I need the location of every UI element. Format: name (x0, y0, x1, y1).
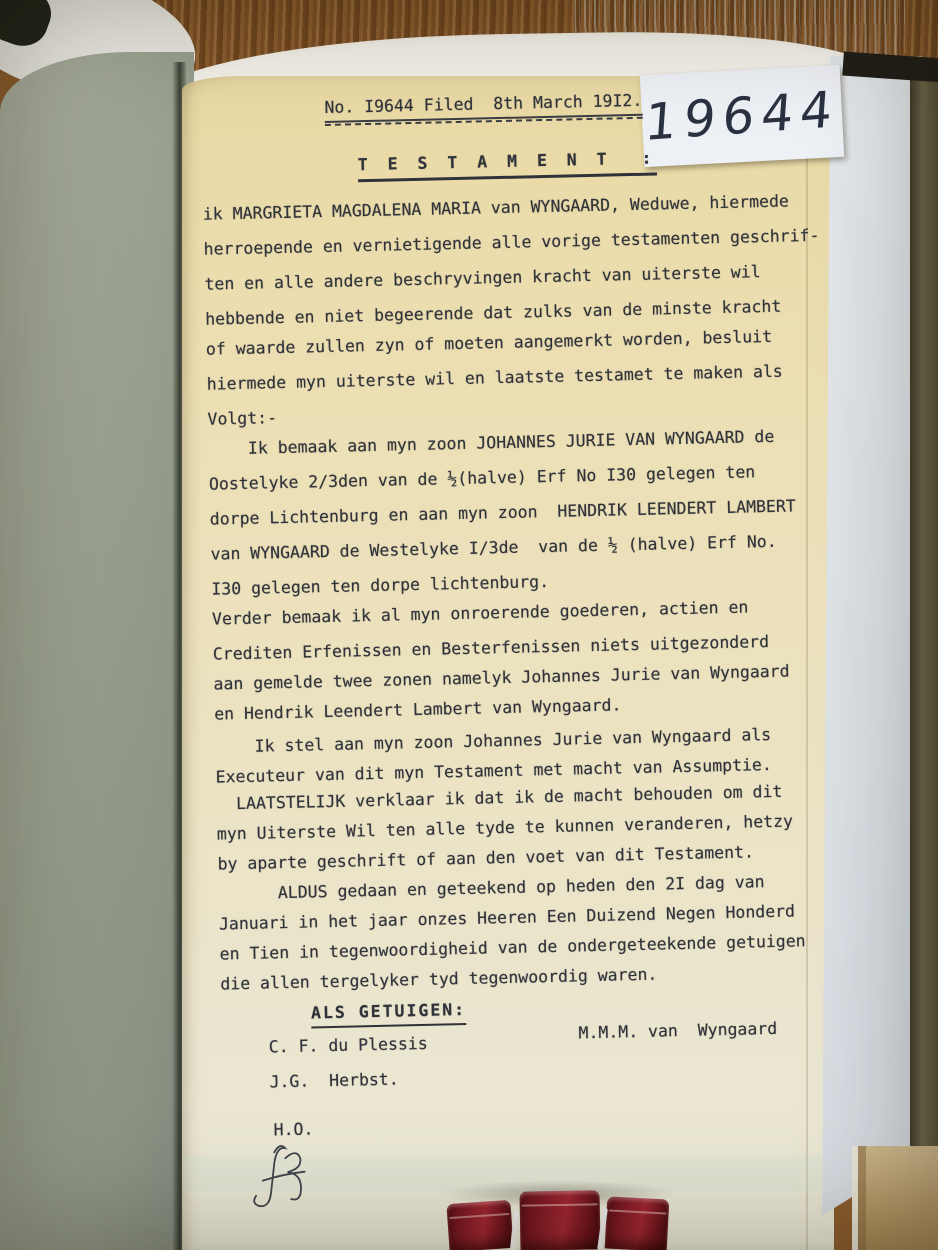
witness-heading: ALS GETUIGEN: (311, 999, 467, 1029)
testament-body-line: van WYNGAARD de Westelyke I/3de van de ½… (210, 531, 777, 566)
testament-body-line: herroepende en vernietigende alle vorige… (203, 225, 819, 261)
testament-body-line: Volgt:- (207, 407, 277, 431)
testament-body-line: I30 gelegen ten dorpe lichtenburg. (211, 571, 549, 601)
testament-body-line: en Hendrik Leendert Lambert van Wyngaard… (214, 694, 622, 725)
testament-body-line: ik MARGRIETA MAGDALENA MARIA van WYNGAAR… (203, 190, 789, 225)
testator-signature: M.M.M. van Wyngaard (578, 1018, 777, 1045)
testament-body-line: hebbende en niet begeerende dat zulks va… (205, 296, 782, 331)
document-title: T E S T A M E N T : (358, 147, 657, 182)
folder-cover (0, 52, 194, 1250)
testament-body-line: dorpe Lichtenburg en aan myn zoon HENDRI… (210, 495, 796, 530)
testament-body-line: Januari in het jaar onzes Heeren Een Dui… (219, 901, 796, 936)
handwritten-flourish-icon (244, 1137, 316, 1217)
filing-line: No. I9644 Filed 8th March 19I2. (324, 90, 642, 123)
witness-signature: J.G. Herbst. (269, 1069, 399, 1094)
binder-clip-right-arm (605, 1196, 670, 1250)
testament-body-line: of waarde zullen zyn of moeten aangemerk… (206, 326, 773, 361)
binder-clip-center-arm (519, 1190, 600, 1250)
testament-body-line: Ik stel aan myn zoon Johannes Jurie van … (215, 724, 772, 759)
testament-body-line: Ik bemaak aan myn zoon JOHANNES JURIE VA… (208, 426, 775, 461)
testament-body-line: hiermede myn uiterste wil en laatste tes… (206, 361, 783, 396)
testament-body-line: en Tien in tegenwoordigheid van de onder… (219, 930, 805, 965)
testament-body-line: by aparte geschrift of aan den voet van … (217, 841, 754, 875)
testament-body-line: Oostelyke 2/3den van de ½(halve) Erf No … (209, 461, 756, 495)
witness-signature: C. F. du Plessis (269, 1033, 428, 1059)
binder-clip (448, 1190, 670, 1250)
testament-body-line: ten en alle andere beschryvingen kracht … (204, 261, 761, 296)
testament-text-layer: No. I9644 Filed 8th March 19I2. T E S T … (190, 0, 878, 1250)
testament-body-line: Crediten Erfenissen en Besterfenissen ni… (213, 631, 770, 666)
testament-body-line: myn Uiterste Wil ten alle tyde te kunnen… (217, 811, 794, 846)
testament-body-line: Verder bemaak ik al myn onroerende goede… (212, 596, 749, 630)
binder-clip-left-arm (446, 1200, 513, 1250)
testament-body-line: die allen tergelyker tyd tegenwoordig wa… (220, 964, 657, 996)
testament-body-line: ALDUS gedaan en geteekend op heden den 2… (218, 871, 765, 905)
testament-body-line: aan gemelde twee zonen namelyk Johannes … (213, 661, 790, 696)
book-cover-edge (910, 62, 938, 1250)
archival-photo: 19644 No. I9644 Filed 8th March 19I2. T … (0, 0, 938, 1250)
